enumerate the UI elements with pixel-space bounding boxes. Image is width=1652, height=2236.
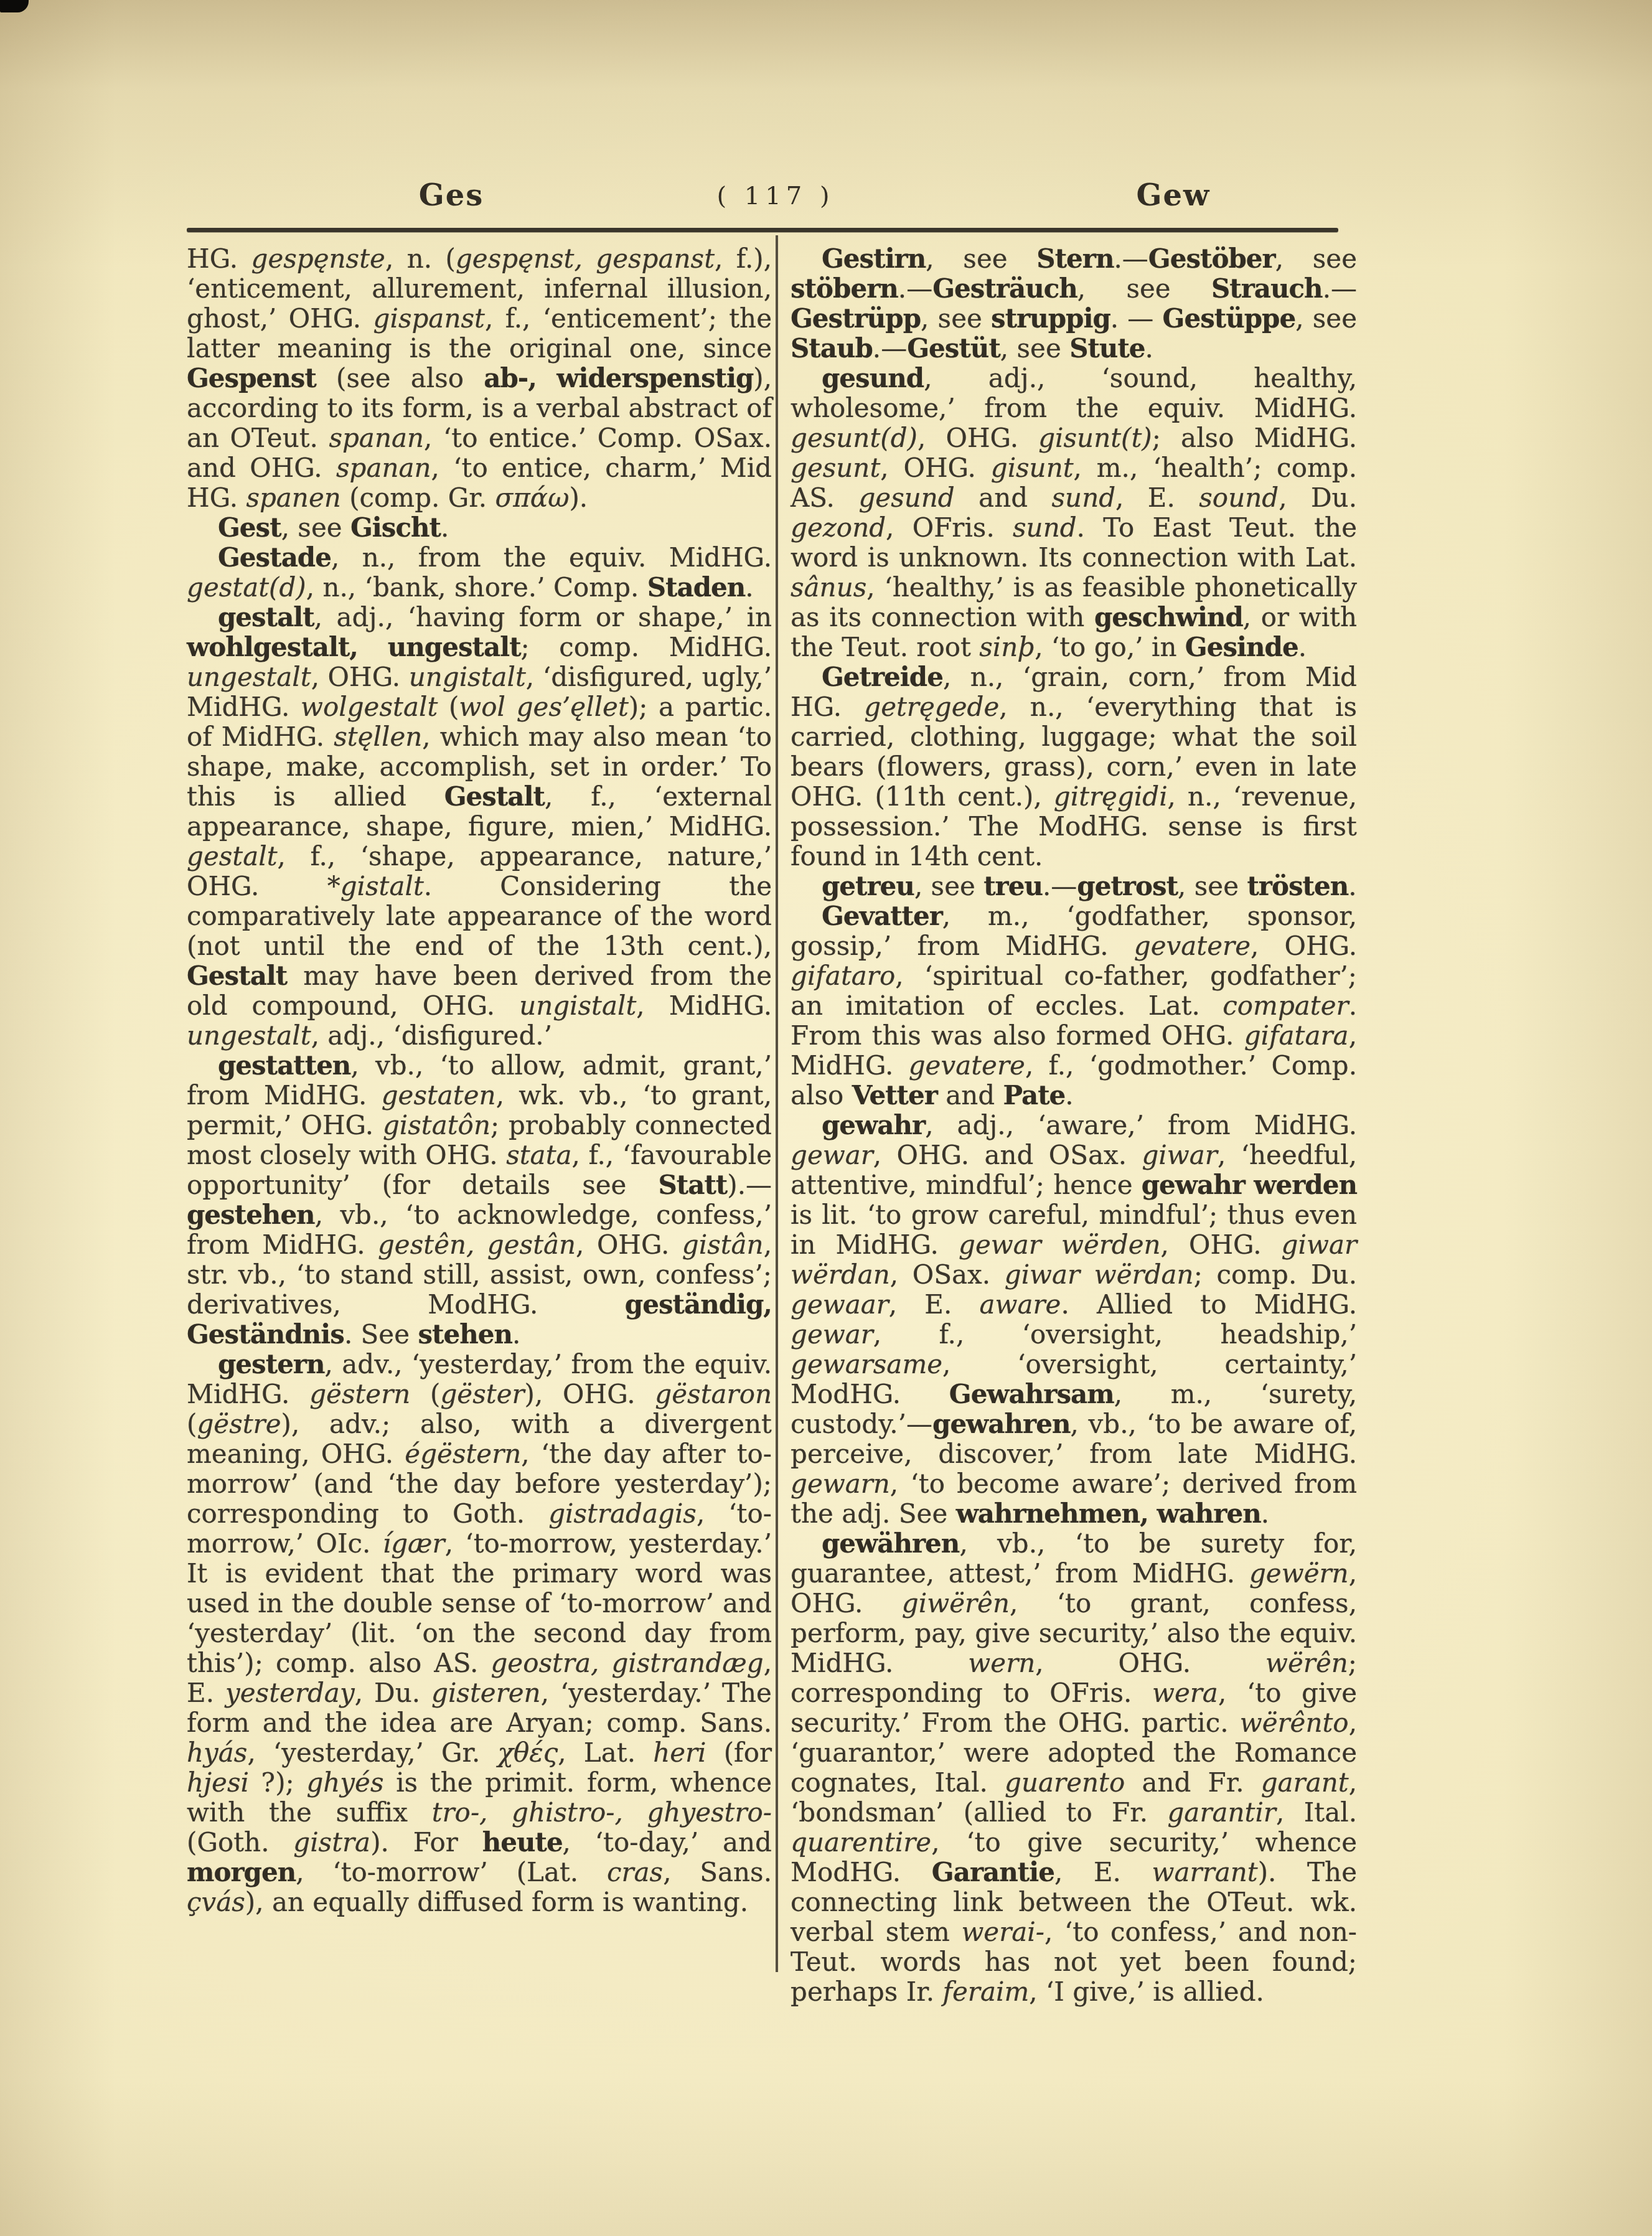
foreign-form-italic: *gistalt (327, 871, 424, 901)
headword-blackletter: Gesinde (1185, 632, 1298, 662)
headword-blackletter: Pate (1003, 1080, 1065, 1111)
dictionary-paragraph: Gevatter, m., ‘godfather, sponsor, gossi… (791, 901, 1357, 1111)
foreign-form-italic: gëstaron (655, 1379, 772, 1409)
foreign-form-italic: σπάω (495, 482, 570, 513)
foreign-form-italic: sound (1199, 482, 1279, 513)
foreign-form-italic: garant (1261, 1767, 1349, 1798)
headword-blackletter: gewahren (932, 1409, 1070, 1439)
foreign-form-italic: getręgede (864, 692, 999, 722)
foreign-form-italic: gëster (440, 1379, 524, 1409)
foreign-form-italic: gewarn (791, 1468, 890, 1499)
foreign-form-italic: gevatere (909, 1050, 1025, 1081)
headword-blackletter: gestatten (218, 1050, 350, 1081)
headword-blackletter: Gestrüpp (791, 303, 921, 334)
foreign-form-italic: gewar wërden (959, 1229, 1161, 1260)
foreign-form-italic: tro-, ghistro-, ghyestro- (432, 1797, 772, 1828)
foreign-form-italic: gispanst (373, 303, 485, 334)
headword-blackletter: heute (482, 1827, 563, 1858)
header-catchword-left: Ges (419, 178, 484, 213)
headword-blackletter: stöbern (791, 273, 898, 304)
dictionary-paragraph: gewähren, vb., ‘to be surety for, guaran… (791, 1529, 1357, 2007)
foreign-form-italic: giwar wërdan (1005, 1259, 1194, 1290)
foreign-form-italic: gistradagis (548, 1498, 697, 1529)
foreign-form-italic: spanan (329, 423, 424, 453)
scanned-dictionary-page: Ges ( 117 ) Gew HG. gespęnste, n. (gespę… (0, 0, 1652, 2236)
foreign-form-italic: gestaten (382, 1080, 496, 1111)
foreign-form-italic: ígær (383, 1528, 445, 1559)
foreign-form-italic: gistra (293, 1827, 370, 1858)
foreign-form-italic: gitręgidi (1054, 781, 1168, 812)
foreign-form-italic: wol ges’ęllet (459, 692, 628, 722)
foreign-form-italic: gëstern (309, 1379, 410, 1409)
dictionary-paragraph: gestatten, vb., ‘to allow, admit, grant,… (187, 1051, 772, 1350)
headword-blackletter: Staden (647, 572, 746, 603)
foreign-form-italic: sânus (791, 572, 866, 603)
headword-blackletter: struppig (991, 303, 1110, 334)
left-column: HG. gespęnste, n. (gespęnst, gespanst, f… (187, 244, 772, 1917)
foreign-form-italic: gifatara (1244, 1020, 1349, 1051)
foreign-form-italic: hjesi (187, 1767, 249, 1798)
column-divider (776, 235, 778, 1972)
foreign-form-italic: wolgestalt (301, 692, 438, 722)
foreign-form-italic: sund (1052, 482, 1116, 513)
foreign-form-italic: heri (653, 1737, 706, 1768)
foreign-form-italic: gespęnst, gespanst (456, 243, 715, 274)
headword-blackletter: gewahr werden (1142, 1170, 1357, 1200)
headword-blackletter: morgen (187, 1857, 296, 1887)
headword-blackletter: Gesträuch (932, 273, 1077, 304)
foreign-form-italic: çvás (187, 1887, 245, 1917)
foreign-form-italic: gëstre (197, 1409, 281, 1439)
foreign-form-italic: gespęnste (251, 243, 385, 274)
foreign-form-italic: yesterday (225, 1678, 355, 1708)
foreign-form-italic: stata (506, 1140, 571, 1170)
dictionary-paragraph: Gest, see Gischt. (187, 513, 772, 543)
scan-artifact (0, 0, 29, 12)
headword-blackletter: wohlgestalt, ungestalt (187, 632, 521, 662)
foreign-form-italic: garantir (1167, 1797, 1275, 1828)
header-catchword-right: Gew (1137, 178, 1211, 213)
foreign-form-italic: égëstern (405, 1439, 521, 1469)
foreign-form-italic: ghyés (306, 1767, 383, 1798)
foreign-form-italic: warrant (1152, 1857, 1258, 1887)
foreign-form-italic: ungistalt (519, 990, 636, 1021)
foreign-form-italic: quarentire (791, 1827, 931, 1858)
foreign-form-italic: cras (607, 1857, 663, 1887)
dictionary-paragraph: gestalt, adj., ‘having form or shape,’ i… (187, 603, 772, 1051)
headword-blackletter: Gest (218, 512, 281, 543)
foreign-form-italic: feraim (942, 1976, 1029, 2007)
foreign-form-italic: wera (1152, 1678, 1218, 1708)
foreign-form-italic: gestalt (187, 841, 278, 871)
foreign-form-italic: ungistalt (409, 662, 526, 692)
foreign-form-italic: gesunt(d) (791, 423, 918, 453)
foreign-form-italic: wërên (1265, 1648, 1348, 1678)
headword-blackletter: getreu (822, 871, 914, 901)
headword-blackletter: geschwind (1094, 602, 1243, 632)
headword-blackletter: Gespenst (187, 363, 316, 393)
headword-blackletter: Gestüppe (1163, 303, 1296, 334)
foreign-form-italic: χθές (498, 1737, 558, 1768)
foreign-form-italic: werai- (961, 1917, 1044, 1947)
dictionary-paragraph: gesund, adj., ‘sound, healthy, wholesome… (791, 364, 1357, 662)
dictionary-paragraph: Gestirn, see Stern.—Gestöber, see stöber… (791, 244, 1357, 364)
headword-blackletter: trösten (1247, 871, 1348, 901)
foreign-form-italic: guarento (1005, 1767, 1125, 1798)
headword-blackletter: Gestüt (907, 333, 1000, 364)
headword-blackletter: Gevatter (822, 901, 942, 931)
right-column: Gestirn, see Stern.—Gestöber, see stöber… (791, 244, 1357, 2007)
foreign-form-italic: gisteren (431, 1678, 541, 1708)
foreign-form-italic: gewarsame (791, 1349, 942, 1379)
headword-blackletter: Strauch (1211, 273, 1323, 304)
headword-blackletter: gewahr (822, 1110, 925, 1140)
foreign-form-italic: gisunt (991, 453, 1074, 483)
foreign-form-italic: gestên, gestân (378, 1229, 576, 1260)
foreign-form-italic: sund (1013, 512, 1077, 543)
foreign-form-italic: aware (979, 1289, 1061, 1320)
foreign-form-italic: stęllen (334, 721, 422, 752)
headword-blackletter: Garantie (932, 1857, 1054, 1887)
foreign-form-italic: spanan (336, 453, 431, 483)
dictionary-paragraph: Gestade, n., from the equiv. MidHG. gest… (187, 543, 772, 603)
headword-blackletter: Vetter (852, 1080, 937, 1111)
foreign-form-italic: gestat(d) (187, 572, 306, 603)
headword-blackletter: Gestirn (822, 243, 926, 274)
foreign-form-italic: gezond (791, 512, 886, 543)
headword-blackletter: Stern (1036, 243, 1114, 274)
foreign-form-italic: gewërn (1249, 1558, 1349, 1589)
header-rule (187, 228, 1338, 232)
headword-blackletter: Gewahrsam (949, 1379, 1114, 1409)
foreign-form-italic: gevatere (1134, 931, 1251, 961)
foreign-form-italic: compater (1223, 990, 1348, 1021)
foreign-form-italic: gistân (682, 1229, 764, 1260)
dictionary-paragraph: gestern, adv., ‘yesterday,’ from the equ… (187, 1350, 772, 1917)
headword-blackletter: Getreide (822, 662, 943, 692)
foreign-form-italic: gewar (791, 1319, 873, 1350)
dictionary-paragraph: getreu, see treu.—getrost, see trösten. (791, 871, 1357, 901)
dictionary-paragraph: gewahr, adj., ‘aware,’ from MidHG. gewar… (791, 1111, 1357, 1529)
headword-blackletter: gesund (822, 363, 924, 393)
headword-blackletter: Gestalt (187, 961, 287, 991)
headword-blackletter: gestalt (218, 602, 314, 632)
foreign-form-italic: gifataro (791, 961, 895, 991)
headword-blackletter: gestern (218, 1349, 325, 1379)
dictionary-paragraph: Getreide, n., ‘grain, corn,’ from Mid HG… (791, 662, 1357, 871)
headword-blackletter: getrost (1077, 871, 1178, 901)
headword-blackletter: Gestalt (444, 781, 545, 812)
headword-blackletter: Gischt (350, 512, 441, 543)
foreign-form-italic: giwar (1142, 1140, 1217, 1170)
foreign-form-italic: gesund (858, 482, 954, 513)
foreign-form-italic: gewar (791, 1140, 873, 1170)
foreign-form-italic: wërênto (1240, 1708, 1349, 1738)
headword-blackletter: Gestade (218, 542, 331, 573)
foreign-form-italic: geostra, gistrandæg (490, 1648, 763, 1678)
foreign-form-italic: gewaar (791, 1289, 889, 1320)
foreign-form-italic: gistatôn (383, 1110, 490, 1140)
headword-blackletter: Stute (1069, 333, 1145, 364)
foreign-form-italic: hyás (187, 1737, 247, 1768)
headword-blackletter: gewähren (822, 1528, 959, 1559)
headword-blackletter: Gestöber (1148, 243, 1275, 274)
foreign-form-italic: ungestalt (187, 1020, 311, 1051)
foreign-form-italic: giwërên (902, 1588, 1010, 1618)
headword-blackletter: stehen (418, 1319, 512, 1350)
foreign-form-italic: gisunt(t) (1038, 423, 1152, 453)
foreign-form-italic: ungestalt (187, 662, 311, 692)
headword-blackletter: Staub (791, 333, 873, 364)
dictionary-paragraph: HG. gespęnste, n. (gespęnst, gespanst, f… (187, 244, 772, 513)
headword-blackletter: Statt (659, 1170, 728, 1200)
foreign-form-italic: sinþ (979, 632, 1035, 662)
page-number: ( 117 ) (717, 182, 835, 210)
foreign-form-italic: spanen (246, 482, 340, 513)
headword-blackletter: wahrnehmen, wahren (956, 1498, 1261, 1529)
headword-blackletter: ab-, widerspenstig (484, 363, 753, 393)
headword-blackletter: gestehen (187, 1200, 315, 1230)
foreign-form-italic: wern (968, 1648, 1035, 1678)
headword-blackletter: treu (983, 871, 1043, 901)
foreign-form-italic: gesunt (791, 453, 880, 483)
